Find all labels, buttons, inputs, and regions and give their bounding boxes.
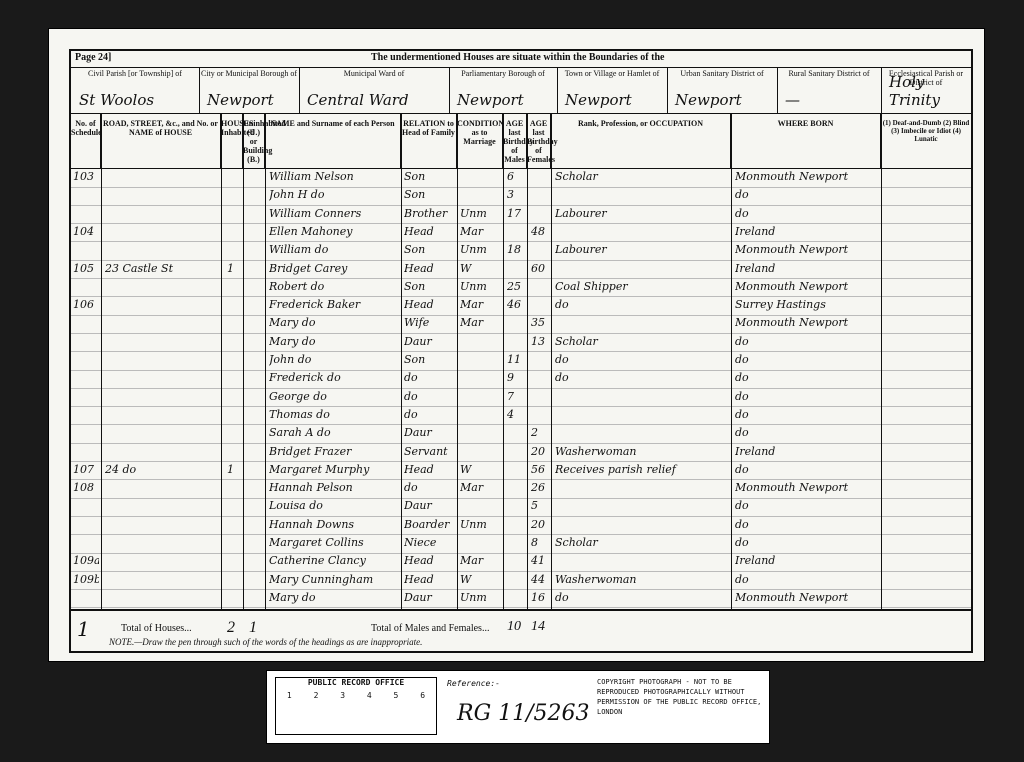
cell-male: 46 <box>507 298 527 311</box>
cell-name: John H do <box>269 188 399 201</box>
cell-condition: W <box>460 573 502 586</box>
census-page: Page 24] The undermentioned Houses are s… <box>48 28 985 662</box>
cell-occupation: do <box>555 298 729 311</box>
cell-born: do <box>735 335 879 348</box>
cell-name: Mary Cunningham <box>269 573 399 586</box>
cell-relation: Son <box>404 170 456 183</box>
cell-name: William Conners <box>269 207 399 220</box>
cell-name: Hannah Pelson <box>269 481 399 494</box>
table-row: 109bMary CunninghamHeadW44Washerwomando <box>71 572 971 591</box>
col-condition: CONDITION as to Marriage <box>457 113 503 169</box>
col-where-born: WHERE BORN <box>731 113 881 169</box>
cell-born: Monmouth Newport <box>735 316 879 329</box>
cell-female: 20 <box>531 518 551 531</box>
cell-condition: Mar <box>460 316 502 329</box>
cell-relation: Son <box>404 243 456 256</box>
cell-name: Bridget Frazer <box>269 445 399 458</box>
cell-male: 3 <box>507 188 527 201</box>
cell-born: Monmouth Newport <box>735 280 879 293</box>
cell-condition: Mar <box>460 481 502 494</box>
total-males: 10 <box>507 619 521 635</box>
record-office-stamp: PUBLIC RECORD OFFICE 123456 Reference:- … <box>266 670 770 744</box>
cell-relation: Head <box>404 573 456 586</box>
cell-born: do <box>735 188 879 201</box>
cell-condition: W <box>460 262 502 275</box>
district-ward: Municipal Ward ofCentral Ward <box>299 67 450 114</box>
cell-occupation: Receives parish relief <box>555 463 729 476</box>
table-row: 108Hannah PelsondoMar26Monmouth Newport <box>71 480 971 499</box>
footnote: NOTE.—Draw the pen through such of the w… <box>109 637 422 647</box>
cell-male: 18 <box>507 243 527 256</box>
table-row: William ConnersBrotherUnm17Labourerdo <box>71 206 971 225</box>
table-row: Mary doWifeMar35Monmouth Newport <box>71 315 971 334</box>
table-row: 10724 do1Margaret MurphyHeadW56Receives … <box>71 462 971 481</box>
district-borough: City or Municipal Borough ofNewport <box>199 67 300 114</box>
col-inhabited: HOUSES Inhabited <box>221 113 243 169</box>
district-urban-sanitary: Urban Sanitary District ofNewport <box>667 67 778 114</box>
cell-relation: Daur <box>404 426 456 439</box>
cell-relation: Daur <box>404 591 456 604</box>
census-rows: 103William NelsonSon6ScholarMonmouth New… <box>71 169 971 609</box>
cell-occupation: do <box>555 591 729 604</box>
cell-female: 35 <box>531 316 551 329</box>
cell-name: Mary do <box>269 335 399 348</box>
table-row: George dodo7do <box>71 389 971 408</box>
cell-schedule: 109b <box>73 573 99 586</box>
table-row: Margaret CollinsNiece8Scholardo <box>71 535 971 554</box>
cell-born: do <box>735 463 879 476</box>
cell-born: do <box>735 426 879 439</box>
reference-number: RG 11/5263 <box>457 701 590 726</box>
cell-relation: do <box>404 481 456 494</box>
cell-relation: Son <box>404 280 456 293</box>
cell-name: Catherine Clancy <box>269 554 399 567</box>
cell-born: Ireland <box>735 445 879 458</box>
table-row: John doSon11dodo <box>71 352 971 371</box>
cell-schedule: 105 <box>73 262 99 275</box>
cell-born: Monmouth Newport <box>735 481 879 494</box>
total-persons-label: Total of Males and Females... <box>371 623 489 634</box>
cell-male: 9 <box>507 371 527 384</box>
cell-condition: Unm <box>460 280 502 293</box>
cell-relation: do <box>404 408 456 421</box>
cell-relation: Wife <box>404 316 456 329</box>
cell-relation: do <box>404 371 456 384</box>
district-rural-sanitary: Rural Sanitary District of— <box>777 67 882 114</box>
cell-name: Hannah Downs <box>269 518 399 531</box>
cell-name: Mary do <box>269 591 399 604</box>
cell-relation: Daur <box>404 499 456 512</box>
col-relation: RELATION to Head of Family <box>401 113 457 169</box>
cell-born: Monmouth Newport <box>735 243 879 256</box>
district-ecclesiastical: Ecclesiastical Parish or District ofHoly… <box>881 67 971 114</box>
cell-born: Monmouth Newport <box>735 170 879 183</box>
cell-born: Monmouth Newport <box>735 591 879 604</box>
cell-condition: Mar <box>460 554 502 567</box>
total-inhabited: 2 <box>227 619 235 637</box>
page-header: Page 24] The undermentioned Houses are s… <box>71 51 971 68</box>
total-females: 14 <box>531 619 545 635</box>
cell-name: Ellen Mahoney <box>269 225 399 238</box>
copyright-notice: COPYRIGHT PHOTOGRAPH - NOT TO BE REPRODU… <box>597 677 763 717</box>
cell-occupation: Labourer <box>555 207 729 220</box>
cell-name: Margaret Murphy <box>269 463 399 476</box>
cell-relation: Head <box>404 225 456 238</box>
cell-male: 17 <box>507 207 527 220</box>
cell-inhabited: 1 <box>227 463 241 476</box>
cell-name: Sarah A do <box>269 426 399 439</box>
cell-relation: Son <box>404 353 456 366</box>
cell-born: Ireland <box>735 554 879 567</box>
cell-schedule: 104 <box>73 225 99 238</box>
col-age-female: AGE last Birthday of Females <box>527 113 551 169</box>
cell-condition: Mar <box>460 298 502 311</box>
cell-relation: Head <box>404 298 456 311</box>
table-row: Louisa doDaur5do <box>71 498 971 517</box>
col-name: NAME and Surname of each Person <box>265 113 401 169</box>
cell-occupation: do <box>555 371 729 384</box>
cell-born: do <box>735 499 879 512</box>
cell-relation: Servant <box>404 445 456 458</box>
table-row: Mary doDaur13Scholardo <box>71 334 971 353</box>
cell-schedule: 107 <box>73 463 99 476</box>
table-row: John H doSon3do <box>71 187 971 206</box>
total-houses-count: 1 <box>77 617 90 641</box>
cell-schedule: 109a <box>73 554 99 567</box>
cell-condition: Mar <box>460 225 502 238</box>
col-infirmity: (1) Deaf-and-Dumb (2) Blind (3) Imbecile… <box>881 113 971 169</box>
cell-female: 13 <box>531 335 551 348</box>
cell-born: Ireland <box>735 225 879 238</box>
cell-condition: Unm <box>460 518 502 531</box>
cell-name: William Nelson <box>269 170 399 183</box>
col-address: ROAD, STREET, &c., and No. or NAME of HO… <box>101 113 221 169</box>
cell-born: Ireland <box>735 262 879 275</box>
table-row: 109aCatherine ClancyHeadMar41Ireland <box>71 553 971 572</box>
table-row: Thomas dodo4do <box>71 407 971 426</box>
table-row: Robert doSonUnm25Coal ShipperMonmouth Ne… <box>71 279 971 298</box>
table-row: 10523 Castle St1Bridget CareyHeadW60Irel… <box>71 261 971 280</box>
table-row: 106Frederick BakerHeadMar46doSurrey Hast… <box>71 297 971 316</box>
cell-male: 4 <box>507 408 527 421</box>
cell-occupation: do <box>555 353 729 366</box>
scale-ruler: PUBLIC RECORD OFFICE 123456 <box>275 677 437 735</box>
cell-born: do <box>735 408 879 421</box>
cell-female: 20 <box>531 445 551 458</box>
table-row: Bridget FrazerServant20WasherwomanIrelan… <box>71 444 971 463</box>
cell-schedule: 106 <box>73 298 99 311</box>
cell-female: 2 <box>531 426 551 439</box>
cell-name: John do <box>269 353 399 366</box>
cell-schedule: 108 <box>73 481 99 494</box>
cell-relation: Daur <box>404 335 456 348</box>
total-uninhabited: 1 <box>249 619 257 637</box>
cell-relation: Head <box>404 262 456 275</box>
cell-inhabited: 1 <box>227 262 241 275</box>
cell-occupation: Scholar <box>555 335 729 348</box>
cell-name: Thomas do <box>269 408 399 421</box>
table-row: Sarah A doDaur2do <box>71 425 971 444</box>
cell-born: Surrey Hastings <box>735 298 879 311</box>
district-parliamentary: Parliamentary Borough ofNewport <box>449 67 558 114</box>
cell-name: Robert do <box>269 280 399 293</box>
cell-condition: W <box>460 463 502 476</box>
cell-name: Frederick Baker <box>269 298 399 311</box>
cell-name: Bridget Carey <box>269 262 399 275</box>
cell-relation: Son <box>404 188 456 201</box>
cell-schedule: 103 <box>73 170 99 183</box>
col-schedule: No. of Schedule <box>71 113 101 169</box>
cell-condition: Unm <box>460 243 502 256</box>
cell-born: do <box>735 371 879 384</box>
reference-label: Reference:- <box>447 679 500 688</box>
table-row: Hannah DownsBoarderUnm20do <box>71 517 971 536</box>
table-row: 103William NelsonSon6ScholarMonmouth New… <box>71 169 971 188</box>
cell-female: 8 <box>531 536 551 549</box>
district-town: Town or Village or Hamlet ofNewport <box>557 67 668 114</box>
cell-occupation: Scholar <box>555 536 729 549</box>
cell-name: George do <box>269 390 399 403</box>
table-row: William doSonUnm18LabourerMonmouth Newpo… <box>71 242 971 261</box>
col-age-male: AGE last Birthday of Males <box>503 113 527 169</box>
cell-male: 11 <box>507 353 527 366</box>
cell-address: 24 do <box>105 463 219 476</box>
cell-male: 25 <box>507 280 527 293</box>
page-number: Page 24] <box>75 52 111 63</box>
cell-occupation: Scholar <box>555 170 729 183</box>
cell-occupation: Washerwoman <box>555 573 729 586</box>
cell-female: 16 <box>531 591 551 604</box>
table-row: Mary doDaurUnm16doMonmouth Newport <box>71 590 971 609</box>
cell-condition: Unm <box>460 591 502 604</box>
total-houses-label: Total of Houses... <box>121 623 192 634</box>
cell-occupation: Washerwoman <box>555 445 729 458</box>
cell-relation: Head <box>404 554 456 567</box>
cell-female: 26 <box>531 481 551 494</box>
cell-condition: Unm <box>460 207 502 220</box>
cell-female: 44 <box>531 573 551 586</box>
cell-relation: Head <box>404 463 456 476</box>
cell-name: William do <box>269 243 399 256</box>
cell-name: Louisa do <box>269 499 399 512</box>
cell-female: 5 <box>531 499 551 512</box>
cell-female: 60 <box>531 262 551 275</box>
cell-born: do <box>735 573 879 586</box>
cell-male: 7 <box>507 390 527 403</box>
cell-relation: Brother <box>404 207 456 220</box>
cell-female: 56 <box>531 463 551 476</box>
cell-occupation: Coal Shipper <box>555 280 729 293</box>
cell-name: Frederick do <box>269 371 399 384</box>
cell-name: Mary do <box>269 316 399 329</box>
cell-male: 6 <box>507 170 527 183</box>
cell-born: do <box>735 518 879 531</box>
cell-born: do <box>735 353 879 366</box>
cell-occupation: Labourer <box>555 243 729 256</box>
census-form: Page 24] The undermentioned Houses are s… <box>69 49 973 653</box>
table-row: Frederick dodo9dodo <box>71 370 971 389</box>
cell-born: do <box>735 390 879 403</box>
cell-name: Margaret Collins <box>269 536 399 549</box>
district-civil-parish: Civil Parish [or Township] ofSt Woolos <box>71 67 200 114</box>
cell-female: 41 <box>531 554 551 567</box>
cell-relation: do <box>404 390 456 403</box>
cell-female: 48 <box>531 225 551 238</box>
cell-relation: Niece <box>404 536 456 549</box>
cell-born: do <box>735 536 879 549</box>
col-occupation: Rank, Profession, or OCCUPATION <box>551 113 731 169</box>
cell-relation: Boarder <box>404 518 456 531</box>
col-uninhabited: Uninhabited (U.) or Building (B.) <box>243 113 265 169</box>
table-row: 104Ellen MahoneyHeadMar48Ireland <box>71 224 971 243</box>
cell-address: 23 Castle St <box>105 262 219 275</box>
page-headline: The undermentioned Houses are situate wi… <box>371 52 664 63</box>
cell-born: do <box>735 207 879 220</box>
